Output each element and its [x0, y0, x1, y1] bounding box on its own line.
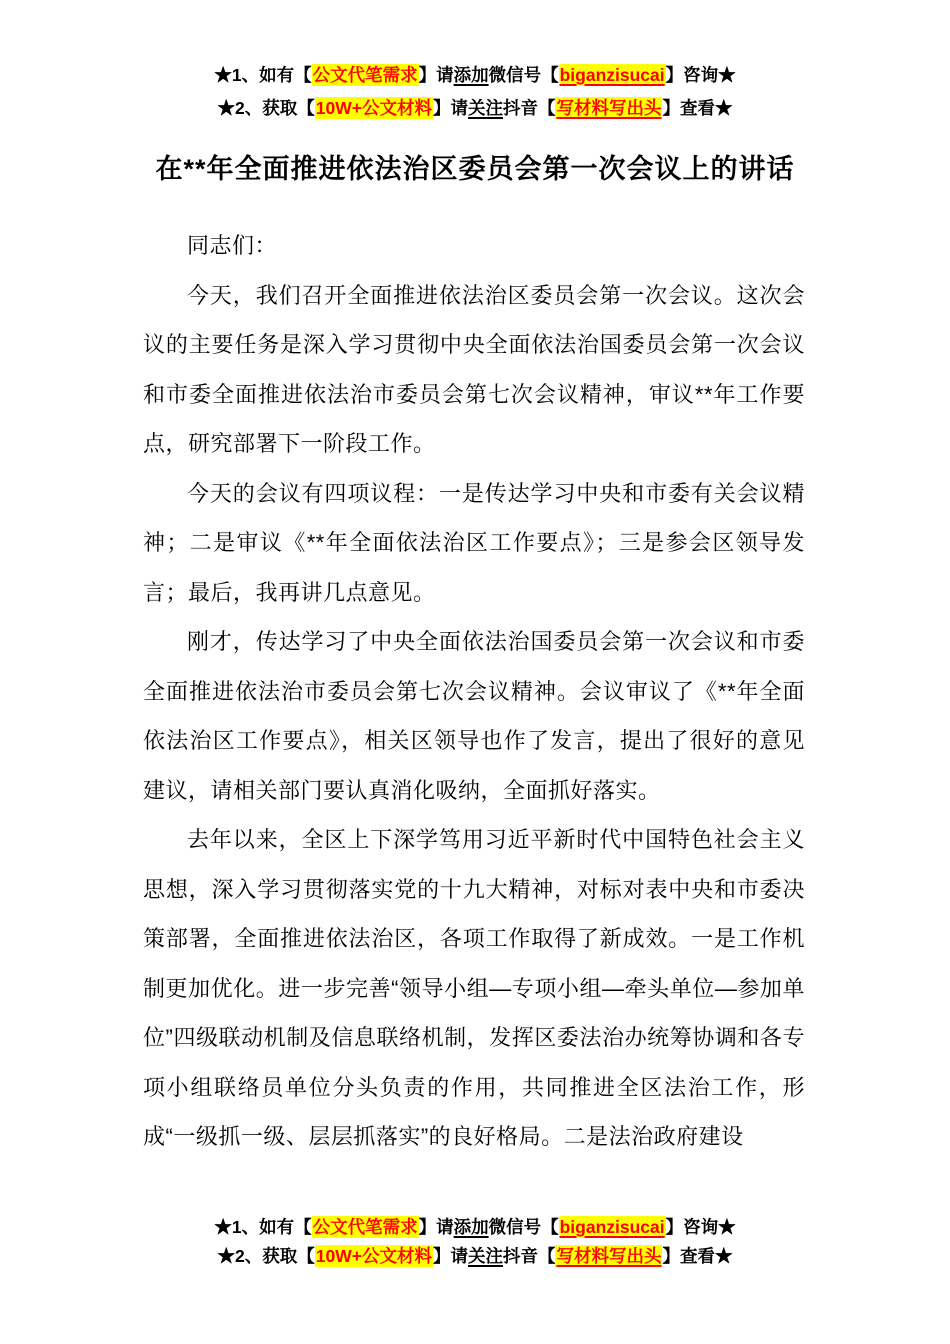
promo-segment-plain: ★1、如有【 [214, 1217, 311, 1237]
promo-segment-underline: 关注 [468, 1246, 503, 1266]
promo-segment-plain: 抖音【 [503, 1246, 556, 1266]
paragraph: 同志们： [143, 221, 805, 271]
promo-line-1: ★1、如有【公文代笔需求】请添加微信号【biganzisucai】咨询★ [0, 1213, 950, 1242]
promo-segment-red-highlight: 公文代笔需求 [312, 64, 419, 86]
promo-segment-underline: 添加 [454, 65, 489, 85]
promo-segment-plain: 】请 [419, 1217, 454, 1237]
promo-line-2: ★2、获取【10W+公文材料】请关注抖音【写材料写出头】查看★ [0, 1242, 950, 1271]
promo-segment-red-highlight: 公文代笔需求 [312, 1216, 419, 1238]
promo-segment-plain: 】查看★ [662, 1246, 732, 1266]
promo-line-2: ★2、获取【10W+公文材料】请关注抖音【写材料写出头】查看★ [0, 92, 950, 125]
promo-segment-plain: 】请 [433, 1246, 468, 1266]
promo-segment-plain: 微信号【 [489, 65, 559, 85]
promo-segment-red-highlight: 10W+公文材料 [315, 97, 433, 119]
promo-segment-red-highlight-underline: 写材料写出头 [555, 97, 662, 119]
promo-segment-plain: 】咨询★ [666, 65, 736, 85]
document-page: ★1、如有【公文代笔需求】请添加微信号【biganzisucai】咨询★ ★2、… [0, 0, 950, 1344]
promo-segment-underline: 关注 [468, 98, 503, 118]
promo-segment-plain: 】咨询★ [666, 1217, 736, 1237]
paragraph: 今天，我们召开全面推进依法治区委员会第一次会议。这次会议的主要任务是深入学习贯彻… [143, 271, 805, 469]
promo-segment-red-highlight: 10W+公文材料 [315, 1245, 433, 1267]
promo-segment-red-highlight-underline: biganzisucai [559, 1216, 666, 1238]
paragraph: 刚才，传达学习了中央全面依法治国委员会第一次会议和市委全面推进依法治市委员会第七… [143, 617, 805, 815]
paragraph: 今天的会议有四项议程：一是传达学习中央和市委有关会议精神；二是审议《**年全面依… [143, 469, 805, 618]
promo-segment-plain: 】请 [433, 98, 468, 118]
promo-segment-plain: 】查看★ [662, 98, 732, 118]
promo-line-1: ★1、如有【公文代笔需求】请添加微信号【biganzisucai】咨询★ [0, 59, 950, 92]
promo-segment-red-highlight-underline: biganzisucai [559, 64, 666, 86]
promo-banner-top: ★1、如有【公文代笔需求】请添加微信号【biganzisucai】咨询★ ★2、… [0, 59, 950, 125]
promo-segment-plain: ★2、获取【 [218, 98, 315, 118]
promo-segment-plain: 微信号【 [489, 1217, 559, 1237]
promo-segment-plain: 抖音【 [503, 98, 556, 118]
promo-segment-plain: ★1、如有【 [214, 65, 311, 85]
promo-segment-plain: 】请 [419, 65, 454, 85]
paragraph: 去年以来，全区上下深学笃用习近平新时代中国特色社会主义思想，深入学习贯彻落实党的… [143, 815, 805, 1162]
promo-banner-bottom: ★1、如有【公文代笔需求】请添加微信号【biganzisucai】咨询★ ★2、… [0, 1213, 950, 1271]
document-body: 同志们：今天，我们召开全面推进依法治区委员会第一次会议。这次会议的主要任务是深入… [143, 221, 805, 1162]
promo-segment-plain: ★2、获取【 [218, 1246, 315, 1266]
promo-segment-underline: 添加 [454, 1217, 489, 1237]
document-title: 在**年全面推进依法治区委员会第一次会议上的讲话 [0, 149, 950, 189]
promo-segment-red-highlight-underline: 写材料写出头 [555, 1245, 662, 1267]
